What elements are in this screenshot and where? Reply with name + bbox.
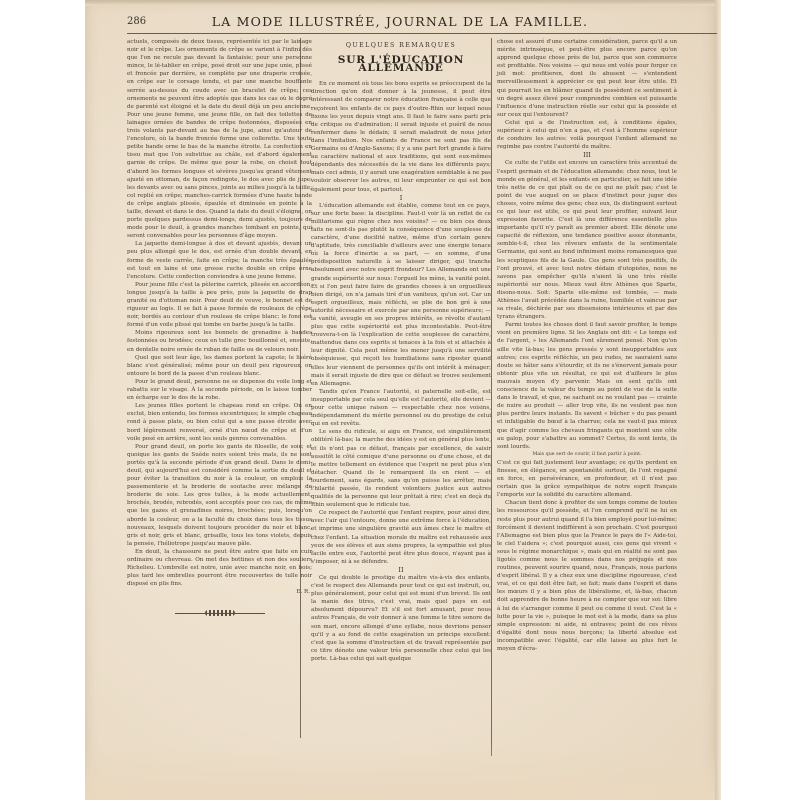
paragraph: Le sens du ridicule, si aigu en France, …: [311, 428, 491, 509]
article-kicker: QUELQUES REMARQUES: [311, 42, 491, 50]
paragraph: Pour jeune fille c'est la pèlerine carri…: [127, 281, 312, 330]
paragraph: En deuil, la chaussure ne peut être autr…: [127, 548, 312, 588]
ornament-divider-icon: [175, 610, 265, 616]
running-title: LA MODE ILLUSTRÉE, JOURNAL DE LA FAMILLE…: [85, 14, 715, 29]
paragraph: Quel que soit leur âge, les dames porten…: [127, 354, 312, 378]
page-header: 286 LA MODE ILLUSTRÉE, JOURNAL DE LA FAM…: [85, 14, 715, 34]
column-article-continued: chose est assuré d'une certaine considér…: [497, 38, 677, 653]
paragraph: actuels, composés de deux tissus, représ…: [127, 38, 312, 240]
paragraph: La jaquette demi-longue à dos et devant …: [127, 240, 312, 280]
paragraph: Ce culte de l'utile est encore un caract…: [497, 159, 677, 321]
paragraph: Parmi toutes les choses dont il faut sav…: [497, 321, 677, 451]
article-title: SUR L'ÉDUCATION ALLEMANDE: [311, 56, 491, 72]
author-signature: E. R.: [127, 588, 312, 596]
page-top-edge: [85, 0, 715, 6]
newspaper-page: 286 LA MODE ILLUSTRÉE, JOURNAL DE LA FAM…: [85, 0, 715, 800]
paragraph: Moins rigoureux sont les bonnets de gren…: [127, 329, 312, 353]
paragraph: chose est assuré d'une certaine considér…: [497, 38, 677, 119]
paragraph: Celui qui a de l'instruction est, à cond…: [497, 119, 677, 151]
paragraph: Ce respect de l'autorité que l'enfant re…: [311, 509, 491, 566]
quotation: Mais que sert de courir, il faut partir …: [497, 451, 677, 459]
paragraph: Chacun tient donc à profiter de son temp…: [497, 499, 677, 653]
paragraph: L'éducation allemande est établie, comme…: [311, 202, 491, 388]
page-right-edge: [715, 0, 721, 800]
paragraph: Ce qui double le prestige du maître vis-…: [311, 574, 491, 663]
section-number: II: [311, 566, 491, 574]
paragraph: En ce moment où tous les bons esprits se…: [311, 80, 491, 193]
column-fashion: actuels, composés de deux tissus, représ…: [127, 38, 312, 616]
paragraph: Les jeunes filles portent le chapeau ron…: [127, 402, 312, 442]
paragraph: C'est ce qui fait justement leur avantag…: [497, 459, 677, 499]
column-article-start: QUELQUES REMARQUES SUR L'ÉDUCATION ALLEM…: [302, 38, 500, 663]
paragraph: Pour le grand deuil, personne ne se disp…: [127, 378, 312, 402]
section-number: III: [497, 151, 677, 159]
paragraph: Tandis qu'en France l'autorité, si pater…: [311, 388, 491, 428]
page-bottom-margin: [85, 744, 715, 800]
section-number: I: [311, 194, 491, 202]
paragraph: Pour grand deuil, on porte les gants de …: [127, 443, 312, 548]
header-rule: [127, 33, 717, 34]
